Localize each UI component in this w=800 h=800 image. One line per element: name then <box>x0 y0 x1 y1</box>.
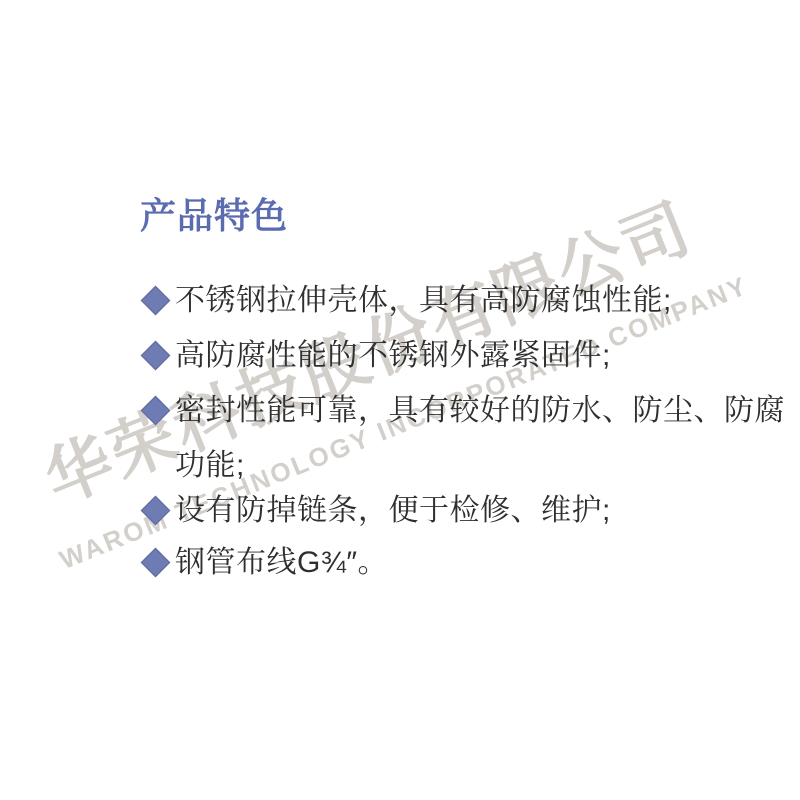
feature-text-block: 不锈钢拉伸壳体，具有高防腐蚀性能; <box>175 273 672 328</box>
feature-item: 不锈钢拉伸壳体，具有高防腐蚀性能; <box>145 273 672 328</box>
feature-text: 钢管布线G¾″。 <box>175 535 388 590</box>
page-content: 产品特色 不锈钢拉伸壳体，具有高防腐蚀性能; 高防腐性能的不锈钢外露紧固件; 密… <box>0 0 800 800</box>
feature-item: 高防腐性能的不锈钢外露紧固件; <box>145 328 611 383</box>
diamond-bullet-icon <box>141 496 171 526</box>
document-page: 华荣科技股份有限公司 WAROM TECHNOLOGY INCORPORATED… <box>0 0 800 800</box>
feature-text: 不锈钢拉伸壳体，具有高防腐蚀性能; <box>175 273 672 328</box>
feature-text: 密封性能可靠，具有较好的防水、防尘、防腐 <box>175 383 785 438</box>
feature-text-block: 钢管布线G¾″。 <box>175 535 388 590</box>
feature-text: 高防腐性能的不锈钢外露紧固件; <box>175 328 611 383</box>
feature-text-block: 高防腐性能的不锈钢外露紧固件; <box>175 328 611 383</box>
diamond-bullet-icon <box>141 548 171 578</box>
feature-item: 钢管布线G¾″。 <box>145 535 388 590</box>
page-title: 产品特色 <box>140 196 288 236</box>
diamond-bullet-icon <box>141 396 171 426</box>
feature-text: 设有防掉链条，便于检修、维护; <box>175 483 611 538</box>
feature-item: 密封性能可靠，具有较好的防水、防尘、防腐 功能; <box>145 383 785 493</box>
feature-text-block: 密封性能可靠，具有较好的防水、防尘、防腐 功能; <box>175 383 785 493</box>
feature-item: 设有防掉链条，便于检修、维护; <box>145 483 611 538</box>
feature-text-block: 设有防掉链条，便于检修、维护; <box>175 483 611 538</box>
diamond-bullet-icon <box>141 341 171 371</box>
diamond-bullet-icon <box>141 286 171 316</box>
